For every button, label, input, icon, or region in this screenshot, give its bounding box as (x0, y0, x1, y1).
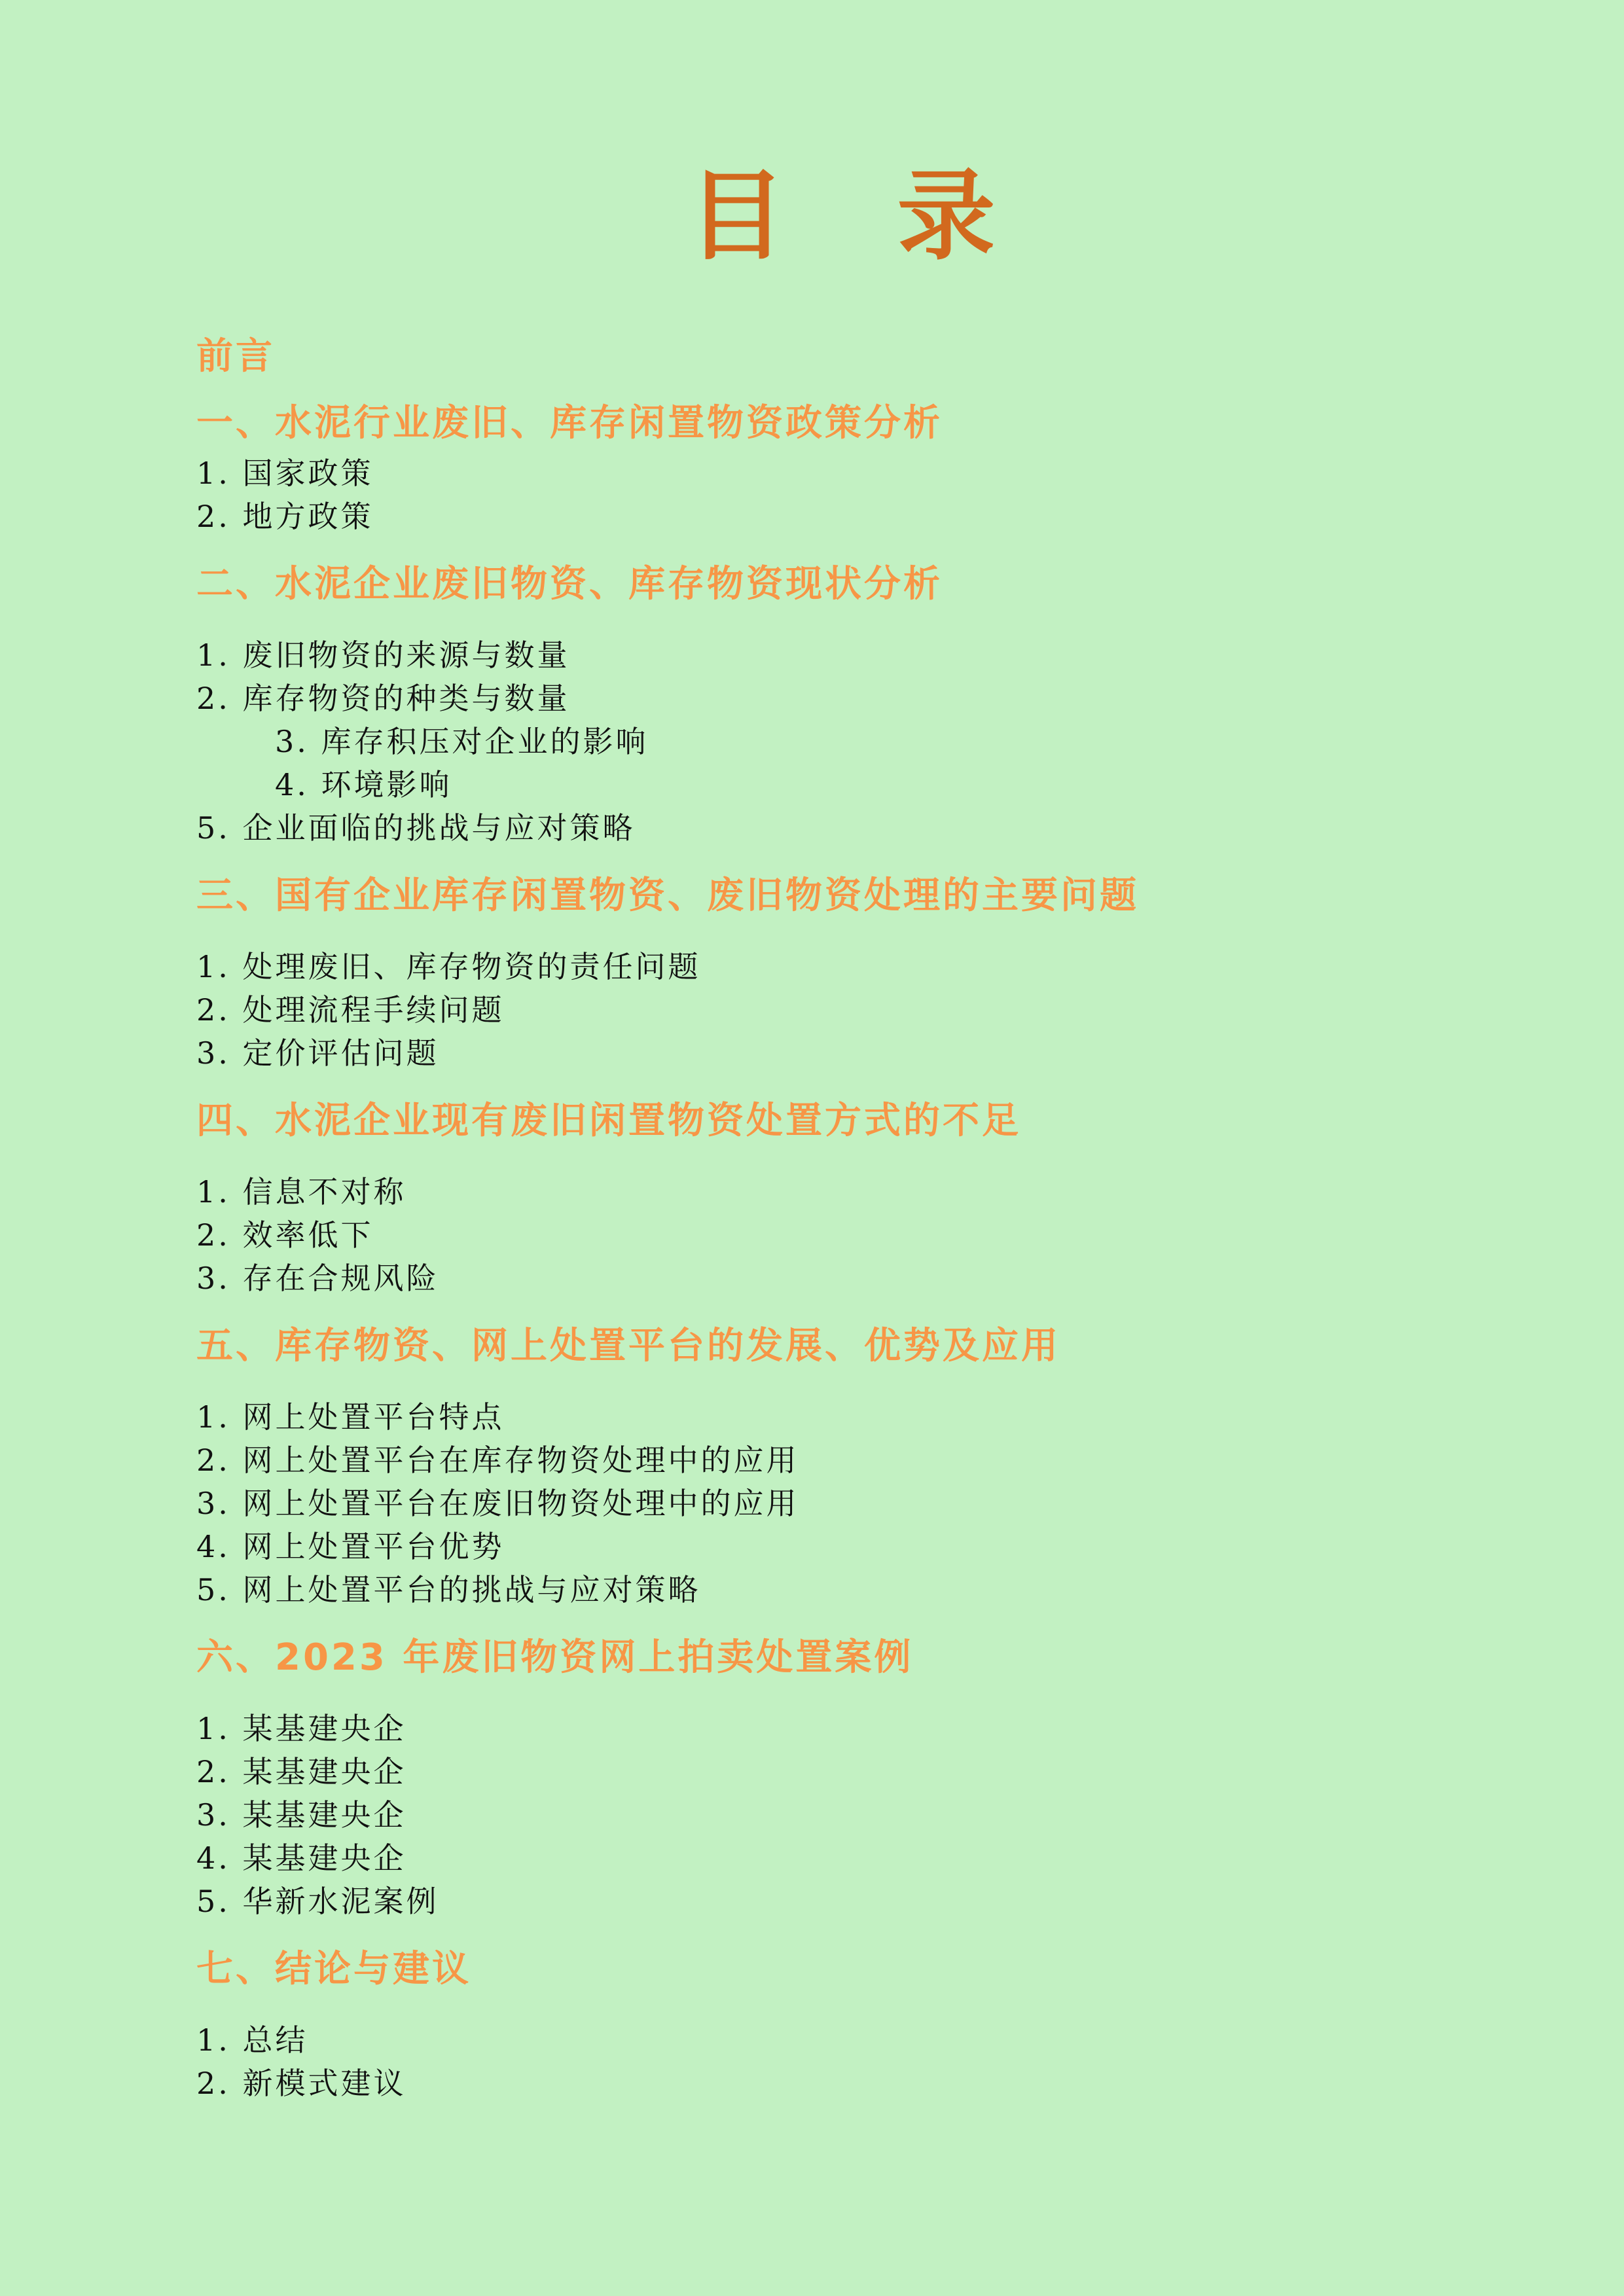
section-heading: 七、结论与建议 (196, 1949, 1493, 1990)
toc-item: 5. 企业面临的挑战与应对策略 (196, 806, 1493, 850)
section-heading: 三、国有企业库存闲置物资、废旧物资处理的主要问题 (196, 876, 1493, 916)
section-items: 1. 信息不对称 2. 效率低下 3. 存在合规风险 (196, 1170, 1493, 1300)
section-heading: 四、水泥企业现有废旧闲置物资处置方式的不足 (196, 1101, 1493, 1141)
toc-item: 3. 存在合规风险 (196, 1257, 1493, 1300)
section-items: 1. 某基建央企 2. 某基建央企 3. 某基建央企 4. 某基建央企 5. 华… (196, 1707, 1493, 1923)
toc-item: 3. 网上处置平台在废旧物资处理中的应用 (196, 1482, 1493, 1525)
toc-item: 1. 国家政策 (196, 452, 1493, 495)
toc-item: 3. 定价评估问题 (196, 1031, 1493, 1075)
toc-item: 1. 信息不对称 (196, 1170, 1493, 1213)
toc-item: 2. 处理流程手续问题 (196, 988, 1493, 1031)
page-title: 目 录 (196, 0, 1493, 268)
toc-item: 2. 网上处置平台在库存物资处理中的应用 (196, 1439, 1493, 1482)
toc-item: 1. 网上处置平台特点 (196, 1395, 1493, 1439)
section-heading: 二、水泥企业废旧物资、库存物资现状分析 (196, 564, 1493, 605)
preface-heading: 前言 (196, 336, 1493, 377)
toc-item: 4. 环境影响 (196, 763, 1493, 806)
toc-item: 2. 某基建央企 (196, 1750, 1493, 1793)
toc-item: 1. 某基建央企 (196, 1707, 1493, 1750)
toc-section-6: 六、2023 年废旧物资网上拍卖处置案例 1. 某基建央企 2. 某基建央企 3… (196, 1638, 1493, 1923)
toc-item: 4. 网上处置平台优势 (196, 1525, 1493, 1568)
section-items: 1. 总结 2. 新模式建议 (196, 2018, 1493, 2105)
toc-item: 1. 总结 (196, 2018, 1493, 2062)
toc-item: 1. 废旧物资的来源与数量 (196, 634, 1493, 677)
section-heading: 六、2023 年废旧物资网上拍卖处置案例 (196, 1638, 1493, 1678)
toc-section-1: 一、水泥行业废旧、库存闲置物资政策分析 1. 国家政策 2. 地方政策 (196, 403, 1493, 538)
toc-item: 4. 某基建央企 (196, 1837, 1493, 1880)
toc-section-2: 二、水泥企业废旧物资、库存物资现状分析 1. 废旧物资的来源与数量 2. 库存物… (196, 564, 1493, 850)
toc-item: 3. 某基建央企 (196, 1793, 1493, 1837)
toc-item: 2. 新模式建议 (196, 2062, 1493, 2105)
section-items: 1. 废旧物资的来源与数量 2. 库存物资的种类与数量 3. 库存积压对企业的影… (196, 634, 1493, 850)
toc-item: 5. 华新水泥案例 (196, 1880, 1493, 1923)
section-items: 1. 网上处置平台特点 2. 网上处置平台在库存物资处理中的应用 3. 网上处置… (196, 1395, 1493, 1611)
toc-page: 目 录 前言 一、水泥行业废旧、库存闲置物资政策分析 1. 国家政策 2. 地方… (0, 0, 1624, 2296)
section-items: 1. 国家政策 2. 地方政策 (196, 452, 1493, 538)
section-items: 1. 处理废旧、库存物资的责任问题 2. 处理流程手续问题 3. 定价评估问题 (196, 945, 1493, 1075)
section-heading: 五、库存物资、网上处置平台的发展、优势及应用 (196, 1326, 1493, 1367)
toc-item: 1. 处理废旧、库存物资的责任问题 (196, 945, 1493, 988)
toc-item: 3. 库存积压对企业的影响 (196, 720, 1493, 763)
toc-item: 2. 库存物资的种类与数量 (196, 677, 1493, 720)
toc-item: 5. 网上处置平台的挑战与应对策略 (196, 1568, 1493, 1611)
toc-item: 2. 地方政策 (196, 495, 1493, 538)
toc-section-7: 七、结论与建议 1. 总结 2. 新模式建议 (196, 1949, 1493, 2105)
toc-section-5: 五、库存物资、网上处置平台的发展、优势及应用 1. 网上处置平台特点 2. 网上… (196, 1326, 1493, 1611)
toc-section-3: 三、国有企业库存闲置物资、废旧物资处理的主要问题 1. 处理废旧、库存物资的责任… (196, 876, 1493, 1075)
section-heading: 一、水泥行业废旧、库存闲置物资政策分析 (196, 403, 1493, 444)
toc-item: 2. 效率低下 (196, 1213, 1493, 1257)
toc-section-4: 四、水泥企业现有废旧闲置物资处置方式的不足 1. 信息不对称 2. 效率低下 3… (196, 1101, 1493, 1300)
